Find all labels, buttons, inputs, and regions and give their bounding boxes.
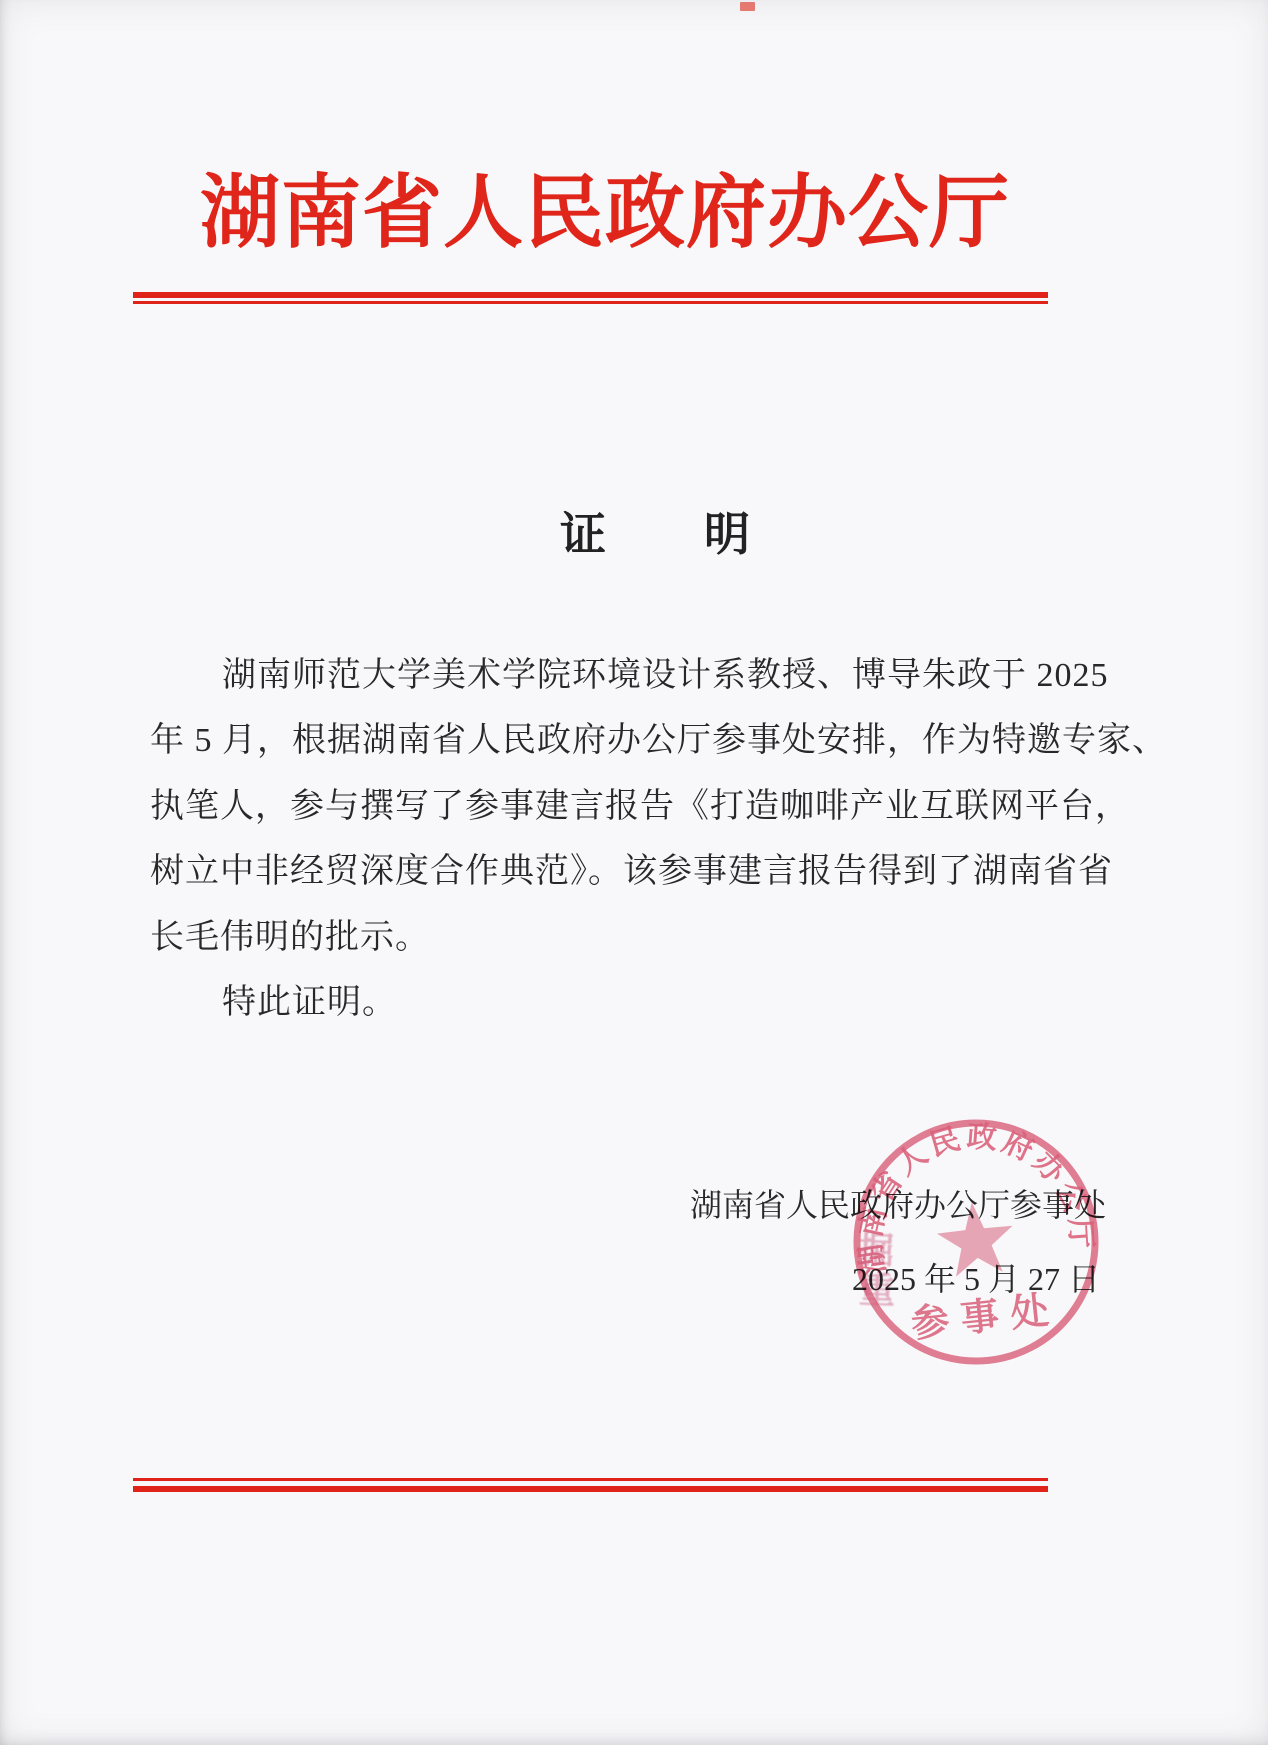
body-line: 长毛伟明的批示。 xyxy=(150,905,1160,970)
scan-artifact-mark xyxy=(740,2,755,11)
header-rule-thin xyxy=(133,301,1048,304)
document-title: 证 明 xyxy=(560,498,752,564)
seal-bottom-text: 参事处 xyxy=(909,1289,1063,1346)
document-body: 湖南师范大学美术学院环境设计系教授、博导朱政于 2025 年 5 月，根据湖南省… xyxy=(150,643,1160,1035)
official-seal: 湖南省人民政府办公厅 参事处 掘 重 xyxy=(833,1099,1119,1385)
body-line: 湖南师范大学美术学院环境设计系教授、博导朱政于 2025 xyxy=(150,643,1160,708)
body-line: 执笔人，参与撰写了参事建言报告《打造咖啡产业互联网平台， xyxy=(150,774,1160,839)
scanned-document-page: 湖南省人民政府办公厅 证 明 湖南师范大学美术学院环境设计系教授、博导朱政于 2… xyxy=(0,0,1268,1745)
footer-double-rule xyxy=(133,1478,1048,1492)
star-icon xyxy=(934,1198,1017,1278)
seal-ghost-mark: 重 xyxy=(858,1262,896,1314)
body-closing-line: 特此证明。 xyxy=(150,970,1160,1035)
body-line: 年 5 月，根据湖南省人民政府办公厅参事处安排，作为特邀专家、 xyxy=(150,708,1160,773)
header-double-rule xyxy=(133,292,1048,304)
body-line: 树立中非经贸深度合作典范》。该参事建言报告得到了湖南省省 xyxy=(150,839,1160,904)
footer-rule-thick xyxy=(133,1486,1048,1492)
letterhead-title: 湖南省人民政府办公厅 xyxy=(0,148,1210,263)
